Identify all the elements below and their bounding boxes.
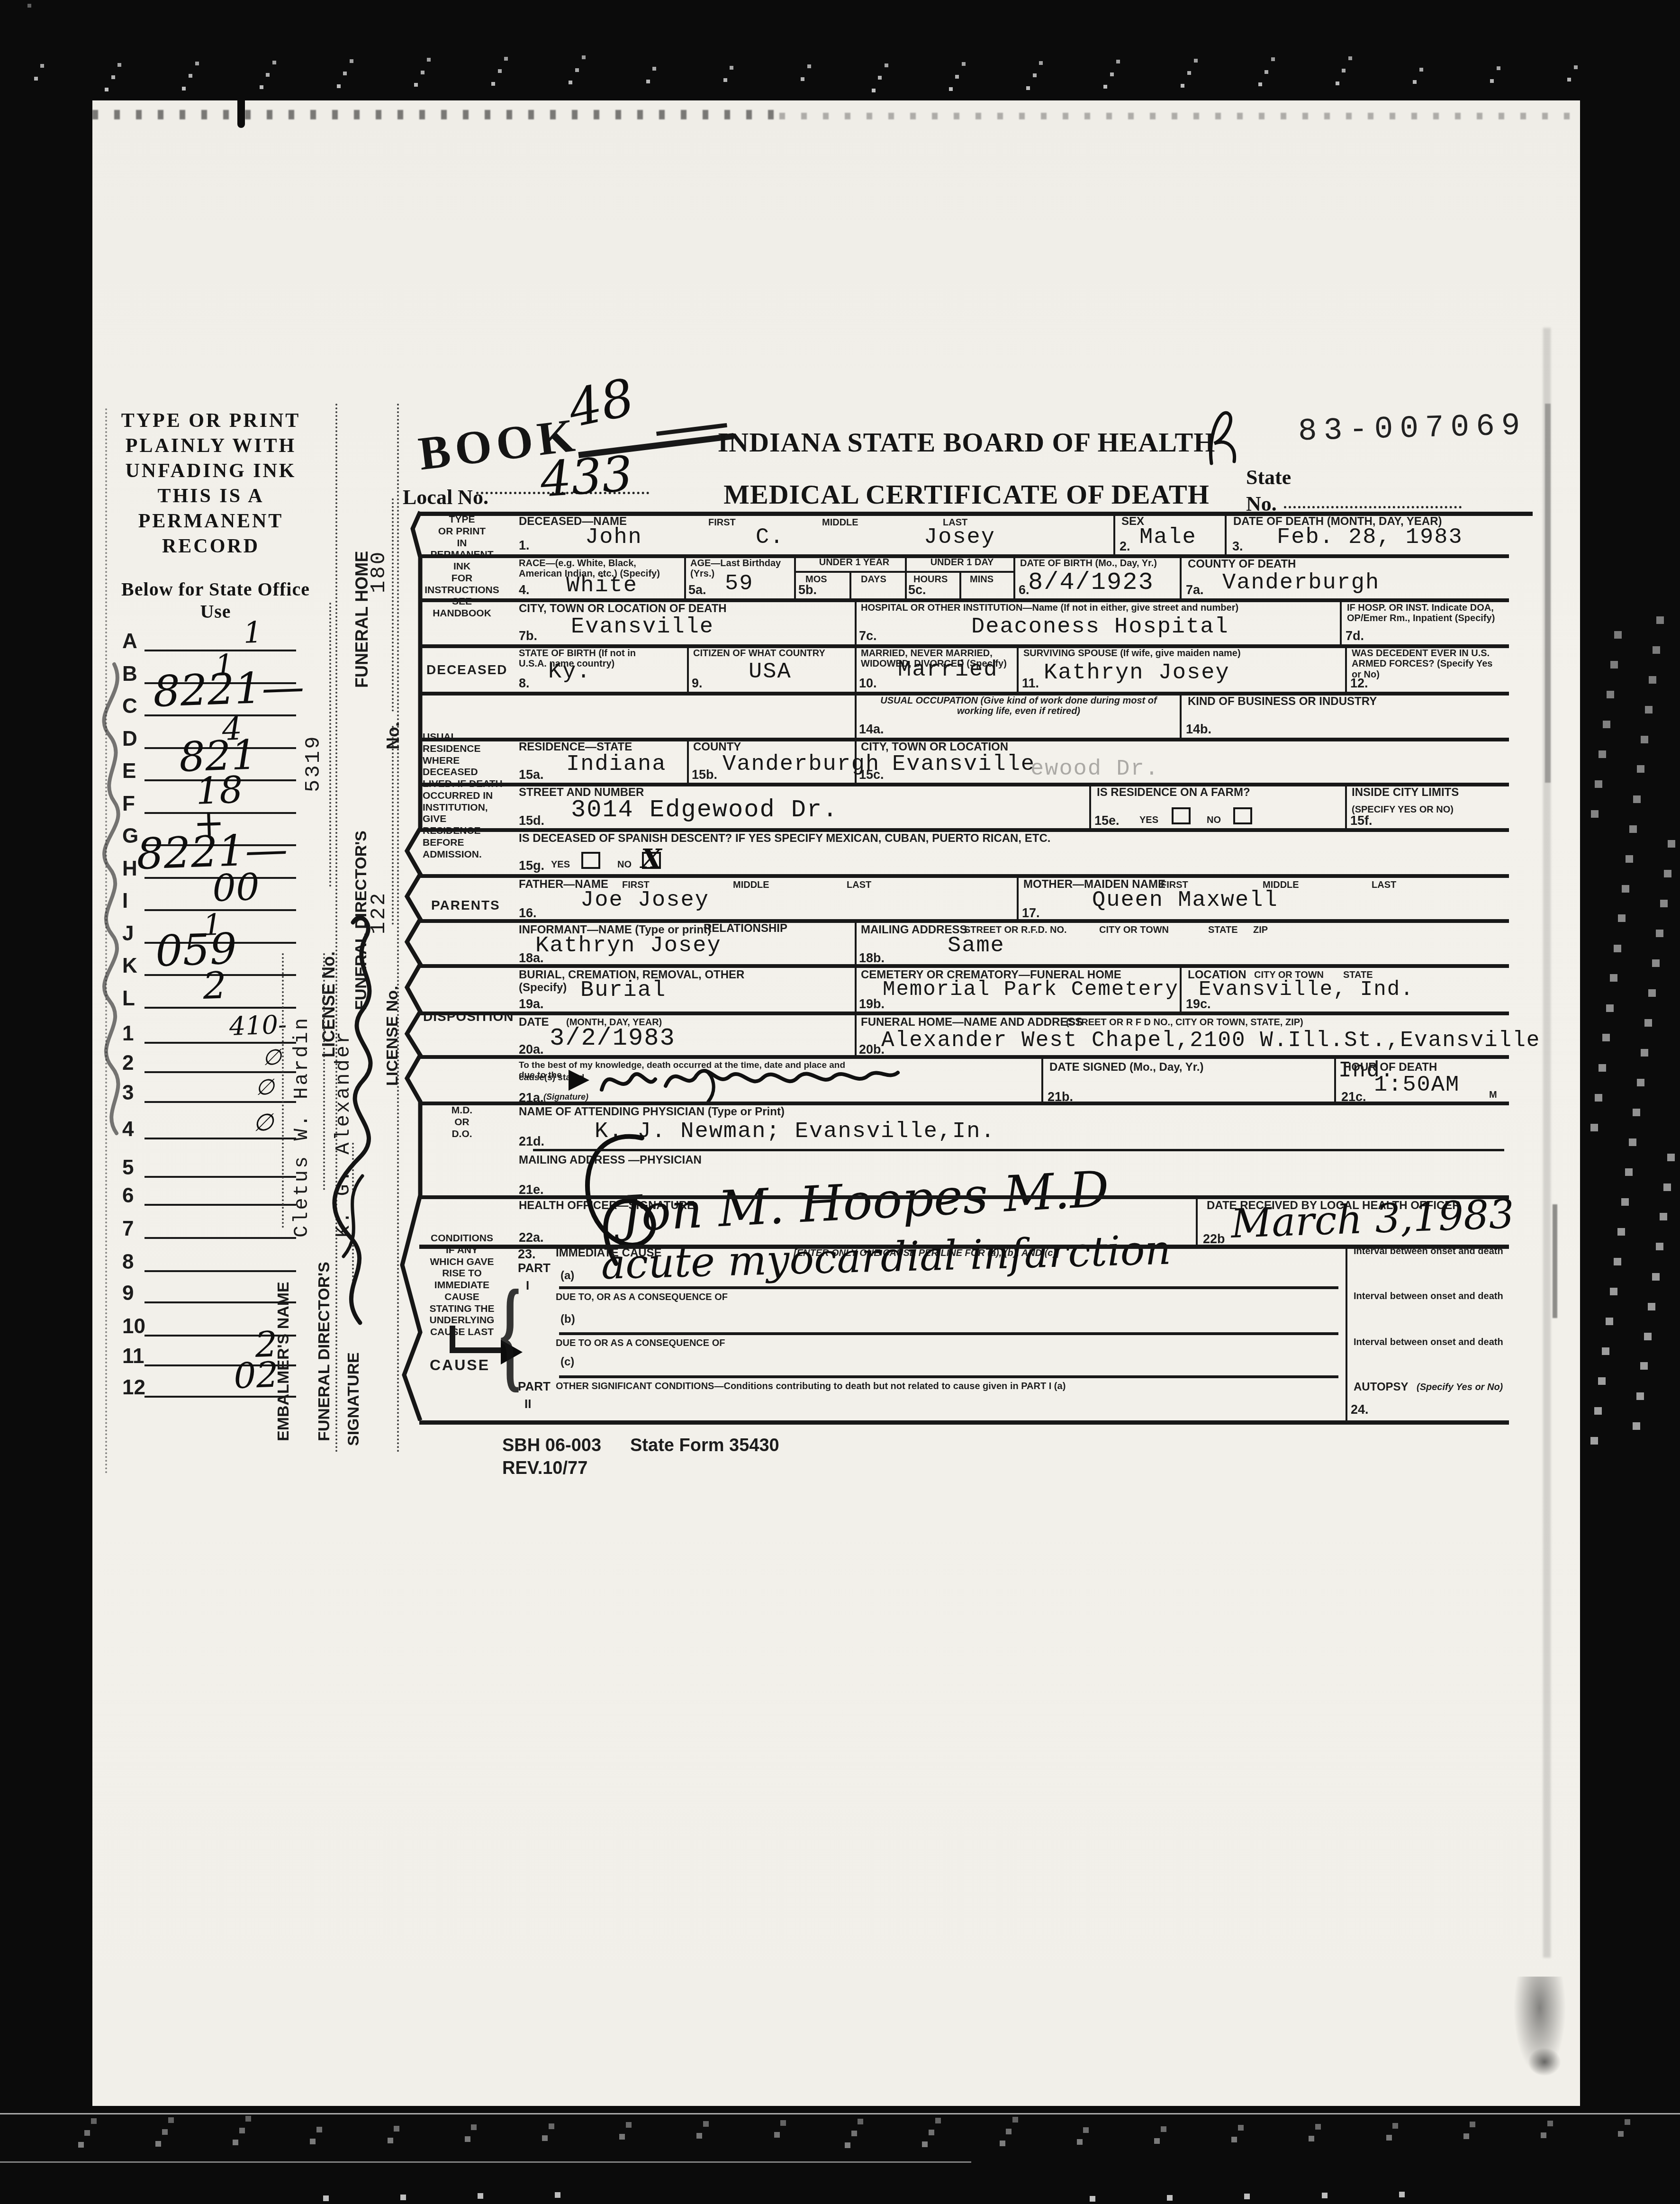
field-11-label: SURVIVING SPOUSE (If wife, give maiden n… <box>1023 648 1317 659</box>
part2-conditions-label: OTHER SIGNIFICANT CONDITIONS—Conditions … <box>556 1381 1295 1391</box>
scan-smudge <box>1528 2048 1561 2076</box>
state-office-row-line <box>145 1396 296 1398</box>
field-15a-number: 15a. <box>519 768 544 782</box>
marital-status-value: Married <box>898 658 998 683</box>
grid-line <box>419 738 1509 741</box>
grid-line <box>1113 512 1115 554</box>
scan-smudge <box>1545 404 1551 783</box>
deceased-first-name: John <box>585 525 642 550</box>
field-21d-number: 21d. <box>519 1134 544 1149</box>
part2-roman: II <box>524 1397 531 1411</box>
father-name-value: Joe Josey <box>580 888 709 913</box>
field-14b-label: KIND OF BUSINESS OR INDUSTRY <box>1188 696 1472 708</box>
interval-label-b: Interval between onset and death <box>1354 1291 1505 1301</box>
field-7c-number: 7c. <box>859 629 877 643</box>
field-14a-number: 14a. <box>859 722 884 737</box>
field-5c-number: 5c. <box>908 583 926 597</box>
disposition-location-value: Evansville, Ind. <box>1199 978 1414 1002</box>
footer-form-name: State Form 35430 <box>630 1436 779 1456</box>
part1-label: PART <box>518 1261 551 1275</box>
grid-line <box>1180 554 1182 598</box>
field-18b-zip: ZIP <box>1253 925 1268 935</box>
grid-line <box>419 1055 1509 1059</box>
farm-yes-checkbox <box>1172 807 1191 824</box>
disposition-date-value: 3/2/1983 <box>550 1024 676 1052</box>
cause-c-label: (c) <box>560 1356 574 1369</box>
state-office-row-value: 1 <box>243 615 262 650</box>
field-9-label: CITIZEN OF WHAT COUNTRY <box>693 648 835 659</box>
grid-line <box>1346 1245 1347 1420</box>
informant-mailing-value: Same <box>948 933 1005 958</box>
certificate-page: TYPE OR PRINTPLAINLY WITHUNFADING INKTHI… <box>92 100 1580 2106</box>
certificate-title-line2: MEDICAL CERTIFICATE OF DEATH <box>651 479 1282 510</box>
grid-line <box>959 571 961 598</box>
race-value: White <box>566 573 638 598</box>
part2-label: PART <box>518 1380 551 1393</box>
spanish-no-x-mark: X <box>641 843 661 875</box>
field-12-label: WAS DECEDENT EVER IN U.S. ARMED FORCES? … <box>1352 648 1503 680</box>
farm-no-checkbox <box>1233 807 1252 824</box>
state-no-line <box>1284 506 1462 508</box>
grid-line <box>687 738 689 783</box>
grid-line <box>1334 1055 1336 1102</box>
date-received-value: March 3,1983 <box>1230 1191 1515 1247</box>
margin-cause: CAUSE <box>430 1357 490 1374</box>
due-to-b-label: DUE TO, OR AS A CONSEQUENCE OF <box>556 1292 728 1302</box>
residence-state-value: Indiana <box>566 752 666 777</box>
grid-line <box>559 1332 1338 1335</box>
field-21c-label: HOUR OF DEATH <box>1343 1061 1437 1074</box>
scan-smudge <box>1553 1204 1557 1318</box>
due-to-c-label: DUE TO OR AS A CONSEQUENCE OF <box>556 1338 725 1348</box>
field-15b-number: 15b. <box>692 768 717 782</box>
field-7a-number: 7a. <box>1186 583 1204 597</box>
residence-city-value: Evansville <box>892 752 1035 777</box>
state-office-row-value: ∅ <box>253 1109 274 1137</box>
state-office-row-value: 02 <box>233 1355 279 1397</box>
field-2-number: 2. <box>1120 539 1130 554</box>
field-15c-number: 15c. <box>859 768 884 782</box>
field-15d-number: 15d. <box>519 813 544 828</box>
grid-line <box>1017 644 1019 692</box>
text-line: CONDITIONS <box>424 1233 500 1245</box>
grid-line <box>855 1012 857 1055</box>
field-22a-number: 22a. <box>519 1230 544 1245</box>
field-15f-label: INSIDE CITY LIMITS <box>1352 786 1459 799</box>
state-office-row-label: 8 <box>122 1250 134 1274</box>
text-line: CAUSE LAST <box>424 1327 500 1338</box>
grid-line <box>419 1195 1509 1199</box>
field-7b-number: 7b. <box>519 629 537 643</box>
field-3-number: 3. <box>1232 539 1243 554</box>
conditions-arrow-shaft <box>450 1347 502 1353</box>
grid-line <box>794 554 796 598</box>
text-line: INK <box>422 561 502 573</box>
city-of-death-value: Evansville <box>571 614 714 640</box>
age-value: 59 <box>725 571 753 596</box>
spanish-yes-label: YES <box>551 859 570 870</box>
state-office-row-label: 9 <box>122 1282 134 1305</box>
state-office-row-value: 2 <box>202 964 227 1008</box>
field-5b-label: UNDER 1 YEAR <box>807 557 902 568</box>
illegible-marginalia-handwriting <box>95 645 138 1143</box>
grid-line <box>684 554 686 598</box>
scanned-document: TYPE OR PRINTPLAINLY WITHUNFADING INKTHI… <box>0 0 1680 2204</box>
scan-edge-line <box>0 2161 971 2163</box>
funeral-director-signature <box>315 896 391 1332</box>
state-office-row-label: 7 <box>122 1217 134 1241</box>
field-21a-signature-label: (Signature) <box>543 1092 588 1102</box>
field-10-number: 10. <box>859 676 877 691</box>
cause-a-label: (a) <box>560 1270 574 1283</box>
field-20b-label2: (STREET OR R F D NO., CITY OR TOWN, STAT… <box>1066 1017 1303 1028</box>
text-line: CAUSE <box>424 1292 500 1303</box>
field-17-last: LAST <box>1372 880 1396 890</box>
informant-name-value: Kathryn Josey <box>535 933 722 958</box>
field-5b-days-label: DAYS <box>861 574 886 585</box>
grid-line <box>1180 964 1182 1012</box>
farm-yes-label: YES <box>1139 815 1158 825</box>
grid-line <box>1017 874 1019 919</box>
local-no-label: Local No. <box>403 485 488 509</box>
state-office-row-line <box>145 1176 296 1178</box>
text-line: IMMEDIATE <box>424 1280 500 1292</box>
grid-line <box>1340 598 1342 644</box>
county-of-death-value: Vanderburgh <box>1222 570 1380 596</box>
date-of-death-value: Feb. 28, 1983 <box>1277 525 1463 550</box>
grid-line <box>794 571 1013 573</box>
field-15g-number: 15g. <box>519 858 544 873</box>
permanent-record-notice: TYPE OR PRINTPLAINLY WITHUNFADING INKTHI… <box>107 408 315 559</box>
funeral-home-value: Alexander West Chapel,2100 W.Ill.St.,Eva… <box>881 1028 1540 1053</box>
spanish-no-label: NO <box>617 859 632 870</box>
text-line: RISE TO <box>424 1268 500 1280</box>
state-office-row-label: 11 <box>122 1345 145 1368</box>
text-line: OCCURRED IN <box>423 790 508 802</box>
field-1-middle-label: MIDDLE <box>822 517 858 528</box>
autopsy-label2: (Specify Yes or No) <box>1417 1382 1503 1392</box>
hospital-value: Deaconess Hospital <box>971 614 1229 640</box>
state-office-row-value: ∅ <box>255 1074 275 1100</box>
field-15e-number: 15e. <box>1094 813 1120 828</box>
text-line: INSTITUTION, GIVE <box>423 802 508 826</box>
field-7a-label: COUNTY OF DEATH <box>1188 558 1296 571</box>
field-7d-label: IF HOSP. OR INST. Indicate DOA, OP/Emer … <box>1347 603 1503 624</box>
text-line: WHERE DECEASED <box>423 755 508 779</box>
grid-line <box>419 512 1533 516</box>
state-office-row-line <box>145 1301 296 1303</box>
grid-line <box>1089 783 1091 828</box>
scan-edge-line <box>0 2113 1680 2114</box>
state-file-number-stamp: 83-007069 <box>1298 408 1527 450</box>
state-office-row-line <box>145 1237 296 1239</box>
field-16-middle: MIDDLE <box>733 880 769 890</box>
signature-pointer-icon <box>569 1070 589 1091</box>
text-line: ADMISSION. <box>423 849 508 861</box>
grid-line <box>419 1102 1509 1105</box>
grid-line <box>1196 1195 1198 1245</box>
text-line: FOR <box>422 573 502 585</box>
grid-line <box>1180 692 1182 738</box>
grid-line <box>533 1149 1504 1151</box>
field-16-last: LAST <box>847 880 871 890</box>
grid-line <box>419 692 1509 696</box>
field-5c-mins-label: MINS <box>970 574 994 585</box>
text-line: PERMANENT <box>107 509 315 534</box>
state-office-row-line <box>145 1138 296 1139</box>
field-7b-label: CITY, TOWN OR LOCATION OF DEATH <box>519 603 727 615</box>
grid-line <box>419 1012 1509 1015</box>
field-23-number: 23. <box>518 1247 536 1262</box>
field-19a-number: 19a. <box>519 997 544 1012</box>
state-office-row-value: 00 <box>212 866 260 910</box>
cause-b-label: (b) <box>560 1313 575 1326</box>
field-20a-label: DATE <box>519 1016 549 1029</box>
grid-line <box>855 644 857 692</box>
margin-usual-residence: USUAL RESIDENCEWHERE DECEASEDLIVED. IF D… <box>423 732 508 860</box>
state-office-row-line <box>145 1042 296 1044</box>
field-18b-number: 18b. <box>859 951 885 966</box>
farm-no-label: NO <box>1207 815 1221 825</box>
certificate-title-line1: INDIANA STATE BOARD OF HEALTH <box>651 426 1282 458</box>
scan-speckles <box>0 0 2 2</box>
field-15f-number: 15f. <box>1350 813 1373 828</box>
field-16-number: 16. <box>519 906 537 921</box>
text-line: TYPE OR PRINT <box>107 408 315 434</box>
text-line: IN <box>422 538 502 550</box>
state-office-row-line <box>145 1204 296 1206</box>
grid-line <box>1013 554 1015 598</box>
field-9-number: 9. <box>692 676 703 691</box>
part1-roman: I <box>526 1279 529 1292</box>
grid-line <box>855 919 857 964</box>
field-15g-label: IS DECEASED OF SPANISH DESCENT? IF YES S… <box>519 832 1277 845</box>
field-12-number: 12. <box>1350 676 1368 691</box>
state-no-label: State <box>1246 465 1291 489</box>
state-office-row-label: 10 <box>122 1315 145 1338</box>
grid-line <box>905 554 907 598</box>
scan-streak <box>92 110 779 119</box>
field-17-number: 17. <box>1022 906 1040 921</box>
grid-line <box>419 874 1509 878</box>
field-21d-label: NAME OF ATTENDING PHYSICIAN (Type or Pri… <box>519 1106 785 1119</box>
text-line: THIS IS A <box>107 484 315 509</box>
local-no-value-handwritten: 433 <box>539 446 635 508</box>
field-7d-number: 7d. <box>1346 629 1364 643</box>
text-line: D.O. <box>434 1129 490 1140</box>
field-19b-number: 19b. <box>859 997 885 1012</box>
cemetery-value: Memorial Park Cemetery <box>883 978 1179 1002</box>
embalmer-name-value: Cletus W. Hardin <box>290 858 313 1237</box>
mother-maiden-name-value: Queen Maxwell <box>1092 888 1278 913</box>
field-1-number: 1. <box>519 538 530 553</box>
grid-line <box>855 738 857 783</box>
margin-deceased: DECEASED <box>426 662 508 677</box>
grid-line <box>559 1286 1338 1289</box>
text-line: PLAINLY WITH <box>107 434 315 459</box>
grid-line <box>419 1420 1509 1425</box>
state-office-row-line <box>145 1071 296 1073</box>
grid-line <box>559 1375 1338 1378</box>
state-office-row-line <box>145 1101 296 1103</box>
physician-signature <box>595 1057 903 1104</box>
spanish-yes-checkbox <box>581 852 600 869</box>
grid-line <box>419 828 1509 832</box>
text-line: UNDERLYING <box>424 1315 500 1327</box>
text-line: WHICH GAVE <box>424 1256 500 1268</box>
text-line: RECORD <box>107 534 315 559</box>
state-of-birth-value: Ky. <box>548 659 591 685</box>
field-5c-label: UNDER 1 DAY <box>916 557 1008 568</box>
grid-line <box>419 554 1509 558</box>
state-office-row-label: 6 <box>122 1184 134 1208</box>
grid-line <box>419 964 1509 968</box>
field-14b-number: 14b. <box>1186 722 1211 737</box>
text-line: OR <box>434 1117 490 1129</box>
deceased-last-name: Josey <box>924 525 995 550</box>
field-15e-label: IS RESIDENCE ON A FARM? <box>1097 786 1250 799</box>
residence-city-ghost-overstrike: ewood Dr. <box>1030 757 1159 782</box>
surviving-spouse-value: Kathryn Josey <box>1044 660 1230 686</box>
text-line: HANDBOOK <box>422 608 502 620</box>
text-line: M.D. <box>434 1105 490 1117</box>
text-line: OR PRINT <box>422 526 502 538</box>
grid-line <box>687 644 689 692</box>
type-print-margin-note: TYPEOR PRINTINPERMANENTINKFORINSTRUCTION… <box>422 514 502 620</box>
handwritten-check-mark <box>1205 404 1243 465</box>
state-office-row-value: 8221— <box>152 662 305 717</box>
state-office-row-label: 12 <box>122 1376 145 1400</box>
field-5a-number: 5a. <box>688 583 706 597</box>
deceased-middle-name: C. <box>756 525 784 550</box>
field-18b-city: CITY OR TOWN <box>1099 925 1169 935</box>
field-1-first-label: FIRST <box>708 517 736 528</box>
grid-line <box>1225 512 1227 554</box>
field-8-number: 8. <box>519 676 530 691</box>
text-line: USUAL RESIDENCE <box>423 732 508 755</box>
grid-line <box>1345 783 1347 828</box>
margin-parents: PARENTS <box>431 898 500 912</box>
field-11-number: 11. <box>1022 676 1039 691</box>
field-7c-label: HOSPITAL OR OTHER INSTITUTION—Name (If n… <box>861 603 1330 613</box>
autopsy-label: AUTOPSY <box>1354 1381 1409 1394</box>
state-office-heading: Below for State Office Use <box>107 578 325 623</box>
date-of-birth-value: 8/4/1923 <box>1028 569 1154 596</box>
text-line: INSTRUCTIONS <box>422 585 502 596</box>
state-office-row-line <box>145 1270 296 1272</box>
grid-line <box>1345 644 1347 692</box>
grid-line <box>1041 1055 1043 1102</box>
torn-paper-drip <box>237 100 245 128</box>
grid-line <box>849 571 851 598</box>
hour-of-death-value: 1:50AM <box>1374 1073 1460 1098</box>
sex-value: Male <box>1139 525 1197 550</box>
field-21b-label: DATE SIGNED (Mo., Day, Yr.) <box>1049 1061 1203 1074</box>
footer-revision: REV.10/77 <box>502 1458 587 1479</box>
book-number-handwritten: 48 <box>563 368 639 439</box>
field-18b-state: STATE <box>1208 925 1238 935</box>
text-line: STATING THE <box>424 1303 500 1315</box>
state-office-row-label: 5 <box>122 1156 134 1180</box>
grid-line <box>419 919 1509 923</box>
grid-line <box>855 964 857 1012</box>
text-line: UNFADING INK <box>107 459 315 484</box>
street-and-number-value: 3014 Edgewood Dr. <box>571 796 839 824</box>
field-5b-number: 5b. <box>798 583 817 597</box>
grid-line <box>855 598 857 644</box>
field-4-number: 4. <box>519 583 530 597</box>
field-6-label: DATE OF BIRTH (Mo., Day, Yr.) <box>1020 558 1176 569</box>
hour-m-suffix: M <box>1489 1090 1497 1100</box>
field-14a-label: USUAL OCCUPATION (Give kind of work done… <box>862 696 1175 717</box>
interval-label-c: Interval between onset and death <box>1354 1337 1505 1347</box>
scan-streak <box>779 113 1580 119</box>
grid-line <box>419 598 1509 602</box>
margin-md-do: M.D.ORD.O. <box>434 1105 490 1140</box>
field-20b-label: FUNERAL HOME—NAME AND ADDRESS <box>861 1016 1083 1029</box>
footer-form-code: SBH 06-003 <box>502 1436 601 1456</box>
grid-line <box>855 692 857 738</box>
citizen-value: USA <box>749 659 792 685</box>
field-24-number: 24. <box>1351 1402 1369 1417</box>
disposition-value: Burial <box>580 978 666 1003</box>
